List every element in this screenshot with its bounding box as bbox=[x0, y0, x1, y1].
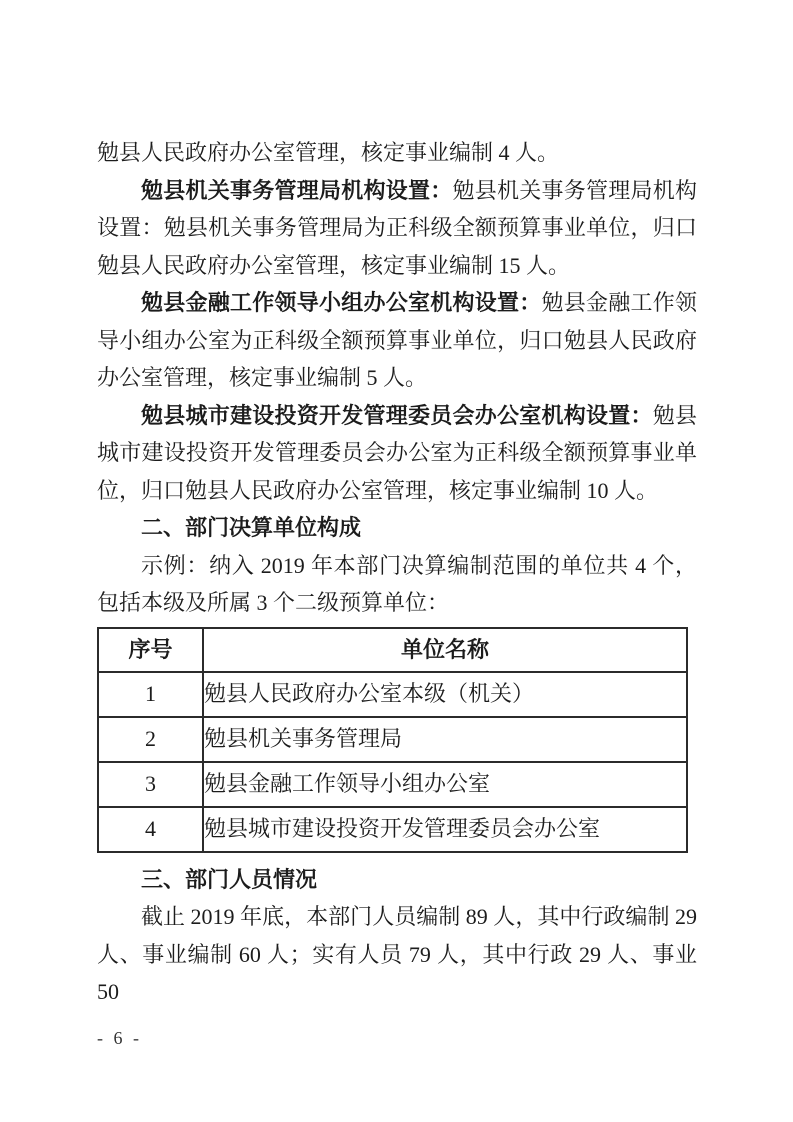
row-index-cell: 2 bbox=[98, 717, 203, 762]
org-setup-paragraph-admin-affairs: 勉县机关事务管理局机构设置：勉县机关事务管理局机构设置：勉县机关事务管理局为正科… bbox=[97, 172, 697, 285]
table-row: 4 勉县城市建设投资开发管理委员会办公室 bbox=[98, 807, 687, 852]
page-number: - 6 - bbox=[97, 1028, 142, 1049]
decision-units-table: 序号 单位名称 1 勉县人民政府办公室本级（机关） 2 勉县机关事务管理局 3 … bbox=[97, 627, 688, 853]
document-content: 勉县人民政府办公室管理，核定事业编制 4 人。 勉县机关事务管理局机构设置：勉县… bbox=[97, 134, 697, 1011]
paragraph-bold-lead: 勉县城市建设投资开发管理委员会办公室机构设置： bbox=[141, 403, 653, 428]
section-heading-unit-composition: 二、部门决算单位构成 bbox=[97, 509, 697, 547]
example-paragraph: 示例：纳入 2019 年本部门决算编制范围的单位共 4 个，包括本级及所属 3 … bbox=[97, 547, 697, 622]
paragraph-text: 勉县人民政府办公室管理，核定事业编制 4 人。 bbox=[97, 140, 559, 165]
paragraph-text: 截止 2019 年底，本部门人员编制 89 人，其中行政编制 29 人、事业编制… bbox=[97, 904, 697, 1004]
paragraph-text: 示例：纳入 2019 年本部门决算编制范围的单位共 4 个，包括本级及所属 3 … bbox=[97, 553, 697, 616]
paragraph-continuation: 勉县人民政府办公室管理，核定事业编制 4 人。 bbox=[97, 134, 697, 172]
table-row: 2 勉县机关事务管理局 bbox=[98, 717, 687, 762]
row-index-cell: 3 bbox=[98, 762, 203, 807]
personnel-paragraph: 截止 2019 年底，本部门人员编制 89 人，其中行政编制 29 人、事业编制… bbox=[97, 898, 697, 1011]
row-index-cell: 4 bbox=[98, 807, 203, 852]
org-setup-paragraph-urban-investment: 勉县城市建设投资开发管理委员会办公室机构设置：勉县城市建设投资开发管理委员会办公… bbox=[97, 397, 697, 510]
org-setup-paragraph-finance-office: 勉县金融工作领导小组办公室机构设置：勉县金融工作领导小组办公室为正科级全额预算事… bbox=[97, 284, 697, 397]
unit-name-cell: 勉县人民政府办公室本级（机关） bbox=[203, 672, 687, 717]
table-row: 1 勉县人民政府办公室本级（机关） bbox=[98, 672, 687, 717]
unit-name-cell: 勉县城市建设投资开发管理委员会办公室 bbox=[203, 807, 687, 852]
section-heading-personnel: 三、部门人员情况 bbox=[97, 861, 697, 899]
paragraph-bold-lead: 勉县机关事务管理局机构设置： bbox=[141, 178, 452, 203]
column-header-unit-name: 单位名称 bbox=[203, 628, 687, 672]
table-header-row: 序号 单位名称 bbox=[98, 628, 687, 672]
row-index-cell: 1 bbox=[98, 672, 203, 717]
paragraph-bold-lead: 勉县金融工作领导小组办公室机构设置： bbox=[141, 290, 541, 315]
document-page: 勉县人民政府办公室管理，核定事业编制 4 人。 勉县机关事务管理局机构设置：勉县… bbox=[0, 0, 793, 1122]
table-row: 3 勉县金融工作领导小组办公室 bbox=[98, 762, 687, 807]
unit-name-cell: 勉县金融工作领导小组办公室 bbox=[203, 762, 687, 807]
column-header-index: 序号 bbox=[98, 628, 203, 672]
unit-name-cell: 勉县机关事务管理局 bbox=[203, 717, 687, 762]
